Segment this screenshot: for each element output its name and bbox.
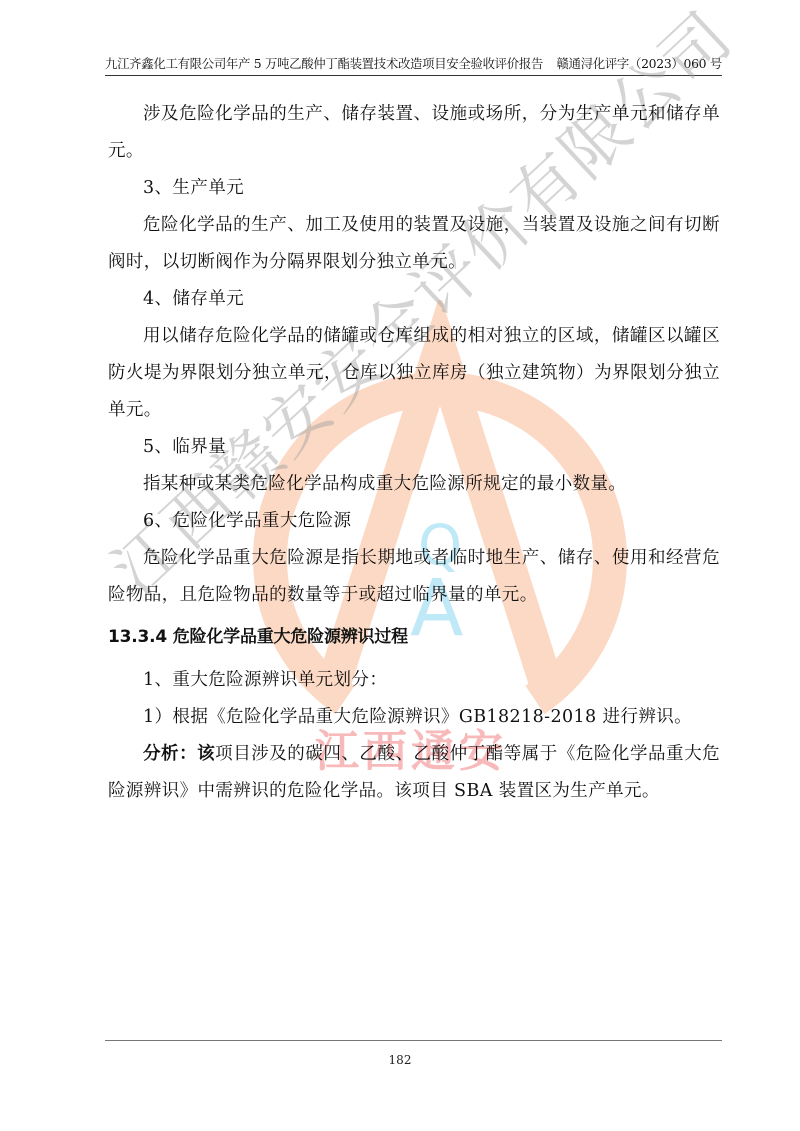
analysis-paragraph: 分析：该项目涉及的碳四、乙酸、乙酸仲丁酯等属于《危险化学品重大危险源辨识》中需辨… — [108, 736, 720, 810]
report-title: 九江齐鑫化工有限公司年产 5 万吨乙酸仲丁酯装置技术改造项目安全验收评价报告 — [105, 54, 543, 72]
footer-divider — [105, 1040, 722, 1041]
paragraph: 危险化学品重大危险源是指长期地或者临时地生产、储存、使用和经营危险物品，且危险物… — [108, 540, 720, 614]
list-item-heading: 6、危险化学品重大危险源 — [108, 503, 720, 540]
list-item-heading: 3、生产单元 — [108, 170, 720, 207]
subsection-item: 1）根据《危险化学品重大危险源辨识》GB18218-2018 进行辨识。 — [108, 699, 720, 736]
analysis-bold: 该 — [197, 744, 215, 764]
analysis-label: 分析： — [143, 744, 197, 764]
paragraph: 危险化学品的生产、加工及使用的装置及设施，当装置及设施之间有切断阀时，以切断阀作… — [108, 207, 720, 281]
paragraph: 指某种或某类危险化学品构成重大危险源所规定的最小数量。 — [108, 466, 720, 503]
paragraph: 用以储存危险化学品的储罐或仓库组成的相对独立的区域，储罐区以罐区防火堤为界限划分… — [108, 318, 720, 429]
section-heading: 13.3.4 危险化学品重大危险源辨识过程 — [108, 622, 720, 652]
document-body: 涉及危险化学品的生产、储存装置、设施或场所，分为生产单元和储存单元。 3、生产单… — [108, 96, 720, 810]
page-number: 182 — [0, 1053, 800, 1067]
paragraph: 涉及危险化学品的生产、储存装置、设施或场所，分为生产单元和储存单元。 — [108, 96, 720, 170]
list-item-heading: 5、临界量 — [108, 429, 720, 466]
list-item-heading: 4、储存单元 — [108, 281, 720, 318]
subsection-item: 1、重大危险源辨识单元划分： — [108, 662, 720, 699]
